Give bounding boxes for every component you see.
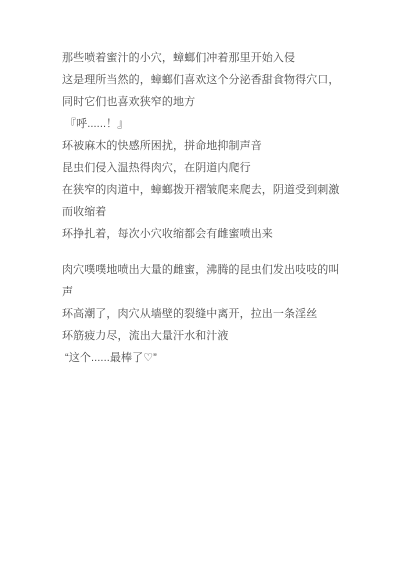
paragraph: 环挣扎着，每次小穴收缩都会有雌蜜喷出来	[62, 223, 350, 245]
paragraph: 环被麻木的快感所困扰，拼命地抑制声音	[62, 135, 350, 157]
paragraph: 环高潮了，肉穴从墙壁的裂缝中离开，拉出一条淫丝	[62, 303, 350, 325]
reader-page: 那些喷着蜜汁的小穴，蟑螂们冲着那里开始入侵 这是理所当然的，蟑螂们喜欢这个分泌香…	[0, 0, 399, 565]
paragraph: 昆虫们侵入温热得肉穴，在阴道内爬行	[62, 157, 350, 179]
paragraph: 那些喷着蜜汁的小穴，蟑螂们冲着那里开始入侵	[62, 47, 350, 69]
paragraph: 这是理所当然的，蟑螂们喜欢这个分泌香甜食物得穴口，同时它们也喜欢狭窄的地方	[62, 69, 350, 113]
paragraph-dialogue: “这个......最棒了♡”	[62, 347, 350, 369]
paragraph-dialogue: 『呼......！』	[62, 113, 350, 135]
paragraph: 在狭窄的肉道中，蟑螂拨开褶皱爬来爬去，阴道受到刺激而收缩着	[62, 179, 350, 223]
paragraph: 肉穴噗噗地喷出大量的雌蜜，沸腾的昆虫们发出吱吱的叫声	[62, 259, 350, 303]
story-text-block: 那些喷着蜜汁的小穴，蟑螂们冲着那里开始入侵 这是理所当然的，蟑螂们喜欢这个分泌香…	[62, 47, 350, 369]
paragraph: 环筋疲力尽，流出大量汗水和汁液	[62, 325, 350, 347]
